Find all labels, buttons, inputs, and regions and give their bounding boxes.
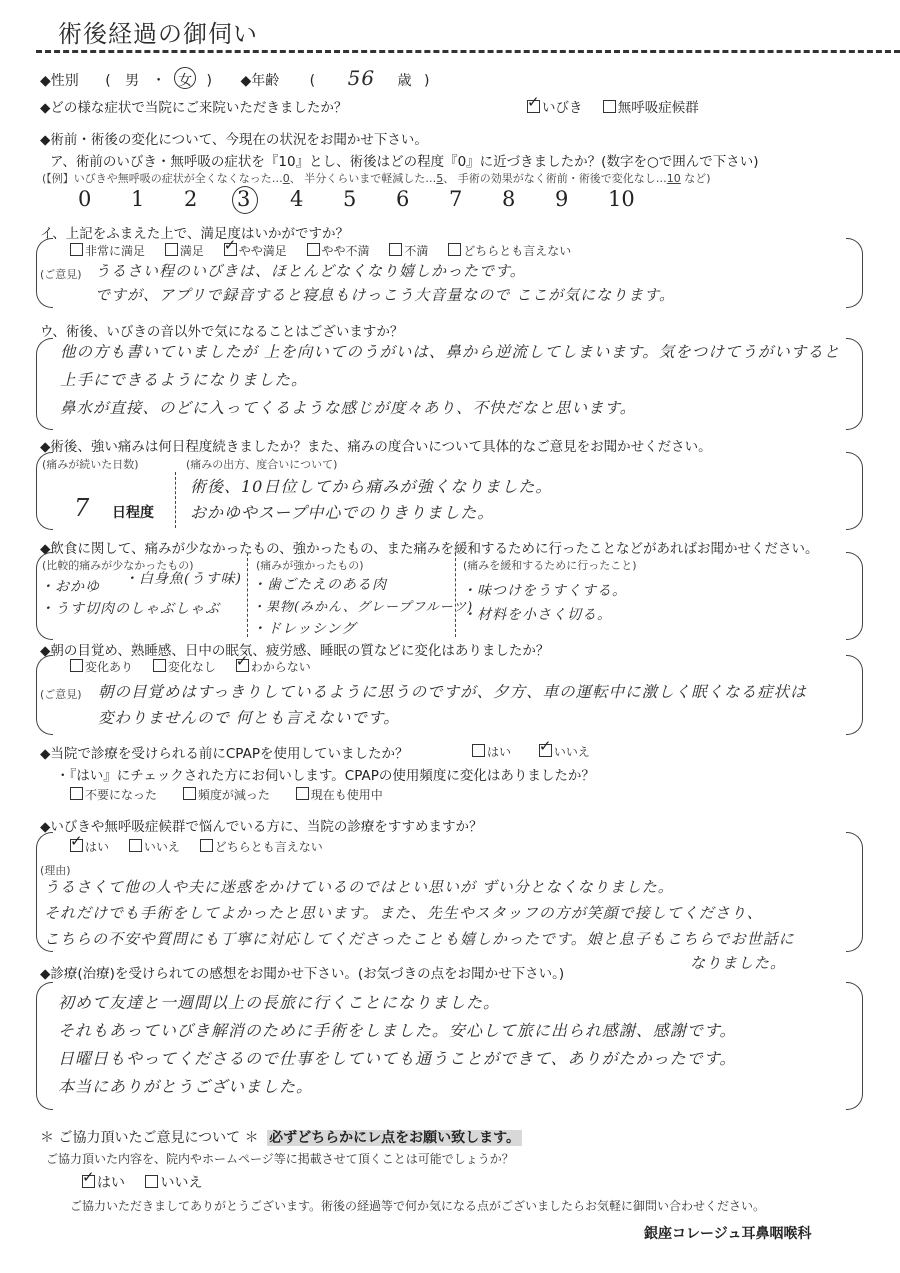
scale-option-10[interactable]: 10 [608,187,661,211]
food-question: ◆飲食に関して、痛みが少なかったもの、強かったもの、また痛みを緩和するために行っ… [40,537,819,557]
consent-heading-text: ＊ ご協力頂いたご意見について ＊ [40,1130,259,1146]
sleep-opinion-line-1[interactable]: 朝の目覚めはすっきりしているように思うのですが、夕方、車の運転中に激しく眠くなる… [98,680,807,702]
change-question-a: ア、術前のいびき・無呼吸の症状を『10』とし、術後はどの程度『0』に近づきました… [50,150,759,170]
gender-option-male[interactable]: 男 [125,73,139,89]
pain-days-unit: 日程度 [112,502,154,522]
checkbox-icon[interactable] [307,243,320,256]
impression-line-4[interactable]: 本当にありがとうございました。 [58,1074,313,1097]
impression-line-1[interactable]: 初めて友達と一週間以上の長旅に行くことになりました。 [58,990,500,1013]
consent-required-note: 必ずどちらかにレ点をお願い致します。 [267,1130,522,1146]
checkbox-checked-icon[interactable] [236,659,249,672]
scale-option-8[interactable]: 8 [502,187,555,211]
age-value[interactable]: 56 [348,66,375,90]
cpap-sub-question: ・『はい』にチェックされた方にお伺いします。CPAPの使用頻度に変化はありました… [56,764,595,784]
scale-option-0[interactable]: 0 [78,187,131,211]
checkbox-icon[interactable] [200,839,213,852]
scale-option-4[interactable]: 4 [290,187,343,211]
checkbox-icon[interactable] [296,787,309,800]
other-concerns-line-1[interactable]: 他の方も書いていましたが 上を向いてのうがいは、鼻から逆流してしまいます。気をつ… [60,340,840,362]
impression-question: ◆診療(治療)を受けられての感想をお聞かせ下さい。(お気づきの点をお聞かせ下さい… [40,962,564,982]
checkbox-checked-icon[interactable] [224,243,237,256]
impression-line-3[interactable]: 日曜日もやってくださるので仕事をしていても通うことができて、ありがたかったです。 [58,1046,736,1069]
sleep-question: ◆朝の目覚め、熟睡感、日中の眠気、疲労感、睡眠の質などに変化はありましたか？ [40,639,549,659]
satisfaction-options: 非常に満足 満足 やや満足 やや不満 不満 どちらとも言えない [70,242,587,259]
satisfaction-question: イ、上記をふまえた上で、満足度はいかがですか？ [40,222,349,242]
cpap-option-no[interactable]: いいえ [539,743,590,760]
change-scale: 012345678910 [78,187,661,211]
food-less-pain-item-2[interactable]: ・白身魚(うす味) [124,568,242,588]
satisfaction-option-satisfied[interactable]: 満足 [165,242,204,259]
recommend-reason-line-2[interactable]: それだけでも手術をしてよかったと思います。また、先生やスタッフの方が笑顔で接して… [44,902,763,923]
scale-option-9[interactable]: 9 [555,187,608,211]
satisfaction-option-somewhat-dissatisfied[interactable]: やや不満 [307,242,370,259]
other-concerns-line-3[interactable]: 鼻水が直接、のどに入ってくるような感じが度々あり、不快だなと思います。 [60,396,636,418]
consent-option-yes[interactable]: はい [82,1172,125,1192]
consent-options: はい いいえ [82,1172,218,1192]
sleep-option-no-change[interactable]: 変化なし [153,658,216,675]
symptom-options: いびき 無呼吸症候群 [527,96,715,116]
pain-divider [175,472,176,528]
satisfaction-option-neutral[interactable]: どちらとも言えない [448,242,571,259]
footer-thanks: ご協力いただきましてありがとうございます。術後の経過等で何か気になる点がございま… [70,1197,765,1214]
recommend-options: はい いいえ どちらとも言えない [70,838,339,855]
checkbox-icon[interactable] [70,787,83,800]
change-example: (【例】いびきや無呼吸の症状が全くなくなった…0、 半分くらいまで軽減した…5、… [42,170,711,186]
food-col-relief-label: (痛みを緩和するために行ったこと) [463,557,637,573]
scale-option-5[interactable]: 5 [343,187,396,211]
symptom-option-snoring[interactable]: いびき [527,96,583,116]
recommend-option-neutral[interactable]: どちらとも言えない [200,838,323,855]
food-col-more-pain-label: (痛みが強かったもの) [256,557,364,573]
impression-box-right [846,982,863,1110]
cpap-option-yes[interactable]: はい [472,743,511,760]
sleep-opinion-line-2[interactable]: 変わりませんので 何とも言えないです。 [98,706,400,728]
cpap-sub-option-unneeded[interactable]: 不要になった [70,786,157,803]
cpap-question: ◆当院で診療を受けられる前にCPAPを使用していましたか？ [40,742,408,762]
title-divider [36,50,900,53]
gender-label: ◆性別 [40,73,79,89]
consent-heading: ＊ ご協力頂いたご意見について ＊ 必ずどちらかにレ点をお願い致します。 [40,1127,522,1147]
sleep-option-changed[interactable]: 変化あり [70,658,133,675]
sleep-opinion-label: (ご意見) [40,686,82,702]
checkbox-icon[interactable] [165,243,178,256]
food-divider-2 [455,553,456,637]
impression-box-left [36,982,53,1110]
scale-option-2[interactable]: 2 [184,187,237,211]
scale-option-6[interactable]: 6 [396,187,449,211]
change-heading: ◆術前・術後の変化について、今現在の状況をお聞かせ下さい。 [40,128,428,148]
recommend-box-right [846,832,863,952]
form-title: 術後経過の御伺い [58,14,258,49]
food-less-pain-item-1[interactable]: ・おかゆ [40,576,100,596]
satisfaction-box-right [846,238,863,308]
checkbox-checked-icon[interactable] [82,1175,95,1188]
recommend-reason-line-4[interactable]: なりました。 [690,952,786,973]
gender-option-female[interactable]: 女 [178,70,192,90]
impression-line-2[interactable]: それもあっていびき解消のために手術をしました。安心して旅に出られ感謝、感謝です。 [58,1018,737,1041]
symptom-question: ◆どの様な症状で当院にご来院いただきましたか？ [40,96,347,116]
recommend-question: ◆いびきや無呼吸症候群で悩んでいる方に、当院の診療をすすめますか？ [40,815,483,835]
food-relief-item-1[interactable]: ・味つけをうすくする。 [462,580,627,600]
pain-detail-line-2[interactable]: おかゆやスープ中心でのりきりました。 [190,500,494,523]
satisfaction-opinion-line-1[interactable]: うるさい程のいびきは、ほとんどなくなり嬉しかったです。 [95,260,526,281]
checkbox-icon[interactable] [70,659,83,672]
checkbox-icon[interactable] [129,839,142,852]
patient-info-row: ◆性別 ( 男 ・ 女 ) ◆年齢 ( 56 歳 ) [40,66,429,90]
clinic-name: 銀座コレージュ耳鼻咽喉科 [644,1223,811,1243]
symptom-option-apnea[interactable]: 無呼吸症候群 [603,96,699,116]
cpap-sub-options: 不要になった 頻度が減った 現在も使用中 [70,786,399,803]
checkbox-icon[interactable] [448,243,461,256]
recommend-option-no[interactable]: いいえ [129,838,180,855]
cpap-sub-option-still-using[interactable]: 現在も使用中 [296,786,383,803]
consent-option-no[interactable]: いいえ [145,1172,202,1192]
checkbox-checked-icon[interactable] [539,744,552,757]
food-box-right [846,552,863,640]
checkbox-checked-icon[interactable] [70,839,83,852]
other-concerns-question: ウ、術後、いびきの音以外で気になることはございますか？ [40,320,403,340]
pain-detail-label: (痛みの出方、度合いについて) [186,456,337,472]
satisfaction-option-very-satisfied[interactable]: 非常に満足 [70,242,145,259]
sleep-option-unsure[interactable]: わからない [236,658,311,675]
recommend-reason-line-1[interactable]: うるさくて他の人や夫に迷惑をかけているのではとい思いが ずい分となくなりました。 [44,876,674,897]
food-less-pain-item-3[interactable]: ・うす切肉のしゃぶしゃぶ [40,598,220,618]
recommend-reason-line-3[interactable]: こちらの不安や質問にも丁寧に対応してくださったことも嬉しかったです。娘と息子もこ… [44,928,795,949]
recommend-option-yes[interactable]: はい [70,838,109,855]
other-box-right [846,338,863,430]
food-more-pain-item-1[interactable]: ・歯ごたえのある肉 [252,574,387,594]
satisfaction-opinion-line-2[interactable]: ですが、アプリで録音すると寝息もけっこう大音量なので ここが気になります。 [95,284,675,305]
checkbox-icon[interactable] [472,744,485,757]
pain-days-label: (痛みが続いた日数) [42,456,139,472]
food-relief-item-2[interactable]: ・材料を小さく切る。 [462,604,612,624]
checkbox-checked-icon[interactable] [527,100,540,113]
other-concerns-line-2[interactable]: 上手にできるようになりました。 [60,368,308,390]
checkbox-icon[interactable] [70,243,83,256]
food-more-pain-item-2[interactable]: ・果物(みかん、グレープフルーツ) [252,596,473,615]
satisfaction-opinion-label: (ご意見) [40,266,82,282]
cpap-options: はい いいえ [472,743,606,760]
sleep-box-right [846,655,863,735]
pain-detail-line-1[interactable]: 術後、10日位してから痛みが強くなりました。 [190,474,552,497]
satisfaction-option-somewhat-satisfied[interactable]: やや満足 [224,242,287,259]
scale-option-7[interactable]: 7 [449,187,502,211]
food-more-pain-item-3[interactable]: ・ドレッシング [252,618,356,638]
checkbox-icon[interactable] [389,243,402,256]
age-unit: 歳 [398,73,412,89]
checkbox-icon[interactable] [183,787,196,800]
checkbox-icon[interactable] [603,100,616,113]
scale-option-1[interactable]: 1 [131,187,184,211]
cpap-sub-option-reduced[interactable]: 頻度が減った [183,786,270,803]
age-label: ◆年齢 [240,73,279,89]
other-box-left [36,338,53,430]
food-divider-1 [247,553,248,637]
satisfaction-option-dissatisfied[interactable]: 不満 [389,242,428,259]
pain-days-value[interactable]: 7 [74,494,90,522]
scale-option-3-selected[interactable]: 3 [237,187,290,211]
consent-question: ご協力頂いた内容を、院内やホームページ等に掲載させて頂くことは可能でしょうか？ [46,1150,514,1167]
pain-box-right [846,452,863,530]
sleep-options: 変化あり 変化なし わからない [70,658,327,675]
pain-question: ◆術後、強い痛みは何日程度続きましたか？また、痛みの度合いについて具体的なご意見… [40,435,712,455]
checkbox-icon[interactable] [145,1175,158,1188]
checkbox-icon[interactable] [153,659,166,672]
